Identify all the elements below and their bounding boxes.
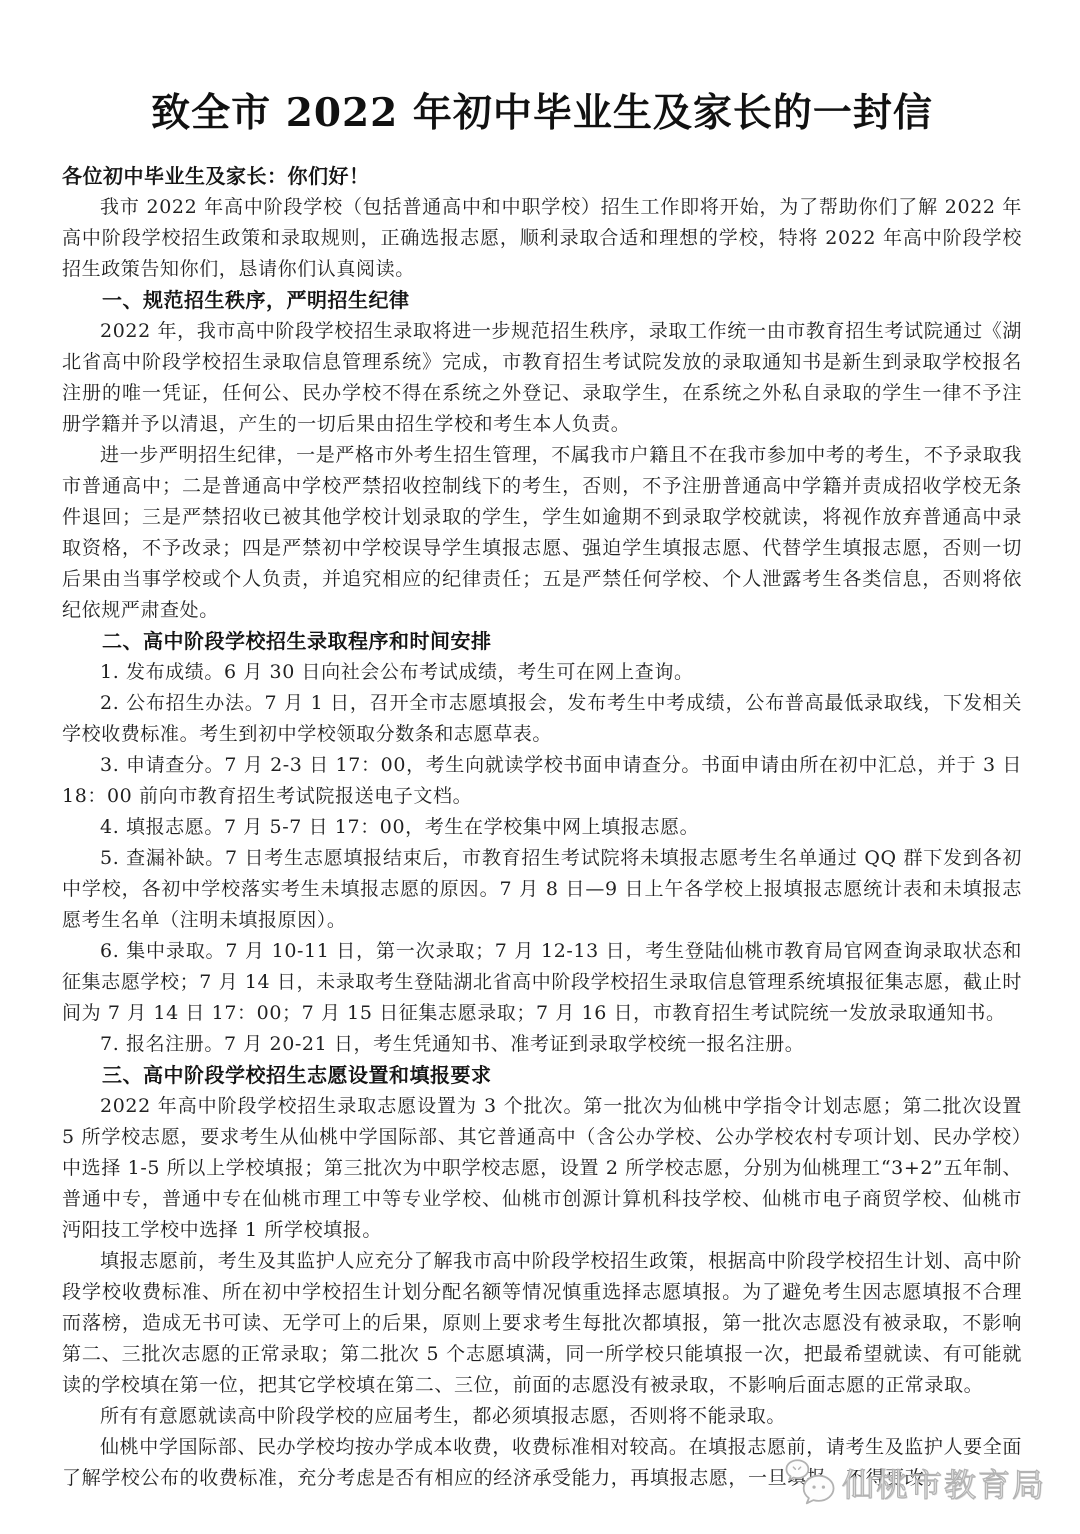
intro-paragraph: 我市 2022 年高中阶段学校（包括普通高中和中职学校）招生工作即将开始，为了帮… <box>62 192 1022 285</box>
section-3-paragraph-2: 填报志愿前，考生及其监护人应充分了解我市高中阶段学校招生政策，根据高中阶段学校招… <box>62 1246 1022 1401</box>
watermark-label: 仙桃市教育局 <box>842 1460 1046 1506</box>
timeline-item-2: 2. 公布招生办法。7 月 1 日，召开全市志愿填报会，发布考生中考成绩，公布普… <box>62 688 1022 750</box>
section-1-paragraph-2: 进一步严明招生纪律，一是严格市外考生招生管理，不属我市户籍且不在我市参加中考的考… <box>62 440 1022 626</box>
timeline-item-3: 3. 申请查分。7 月 2-3 日 17：00，考生向就读学校书面申请查分。书面… <box>62 750 1022 812</box>
section-3-paragraph-1: 2022 年高中阶段学校招生录取志愿设置为 3 个批次。第一批次为仙桃中学指令计… <box>62 1091 1022 1246</box>
section-1-heading: 一、规范招生秩序，严明招生纪律 <box>62 285 1022 316</box>
section-1-paragraph-1: 2022 年，我市高中阶段学校招生录取将进一步规范招生秩序，录取工作统一由市教育… <box>62 316 1022 440</box>
timeline-item-5: 5. 查漏补缺。7 日考生志愿填报结束后，市教育招生考试院将未填报志愿考生名单通… <box>62 843 1022 936</box>
section-2-heading: 二、高中阶段学校招生录取程序和时间安排 <box>62 626 1022 657</box>
wechat-icon <box>784 1458 836 1508</box>
section-3-heading: 三、高中阶段学校招生志愿设置和填报要求 <box>62 1060 1022 1091</box>
watermark: 仙桃市教育局 <box>784 1458 1046 1508</box>
timeline-item-6: 6. 集中录取。7 月 10-11 日，第一次录取；7 月 12-13 日，考生… <box>62 936 1022 1029</box>
letter-body: 致全市 2022 年初中毕业生及家长的一封信 各位初中毕业生及家长：你们好！ 我… <box>62 86 1022 1494</box>
timeline-item-4: 4. 填报志愿。7 月 5-7 日 17：00，考生在学校集中网上填报志愿。 <box>62 812 1022 843</box>
greeting-line: 各位初中毕业生及家长：你们好！ <box>62 161 1022 192</box>
page-title: 致全市 2022 年初中毕业生及家长的一封信 <box>62 86 1022 140</box>
timeline-item-7: 7. 报名注册。7 月 20-21 日，考生凭通知书、准考证到录取学校统一报名注… <box>62 1029 1022 1060</box>
timeline-item-1: 1. 发布成绩。6 月 30 日向社会公布考试成绩，考生可在网上查询。 <box>62 657 1022 688</box>
section-3-paragraph-3: 所有有意愿就读高中阶段学校的应届考生，都必须填报志愿，否则将不能录取。 <box>62 1401 1022 1432</box>
document-page: { "doc": { "title": "致全市 2022 年初中毕业生及家长的… <box>0 0 1080 1534</box>
